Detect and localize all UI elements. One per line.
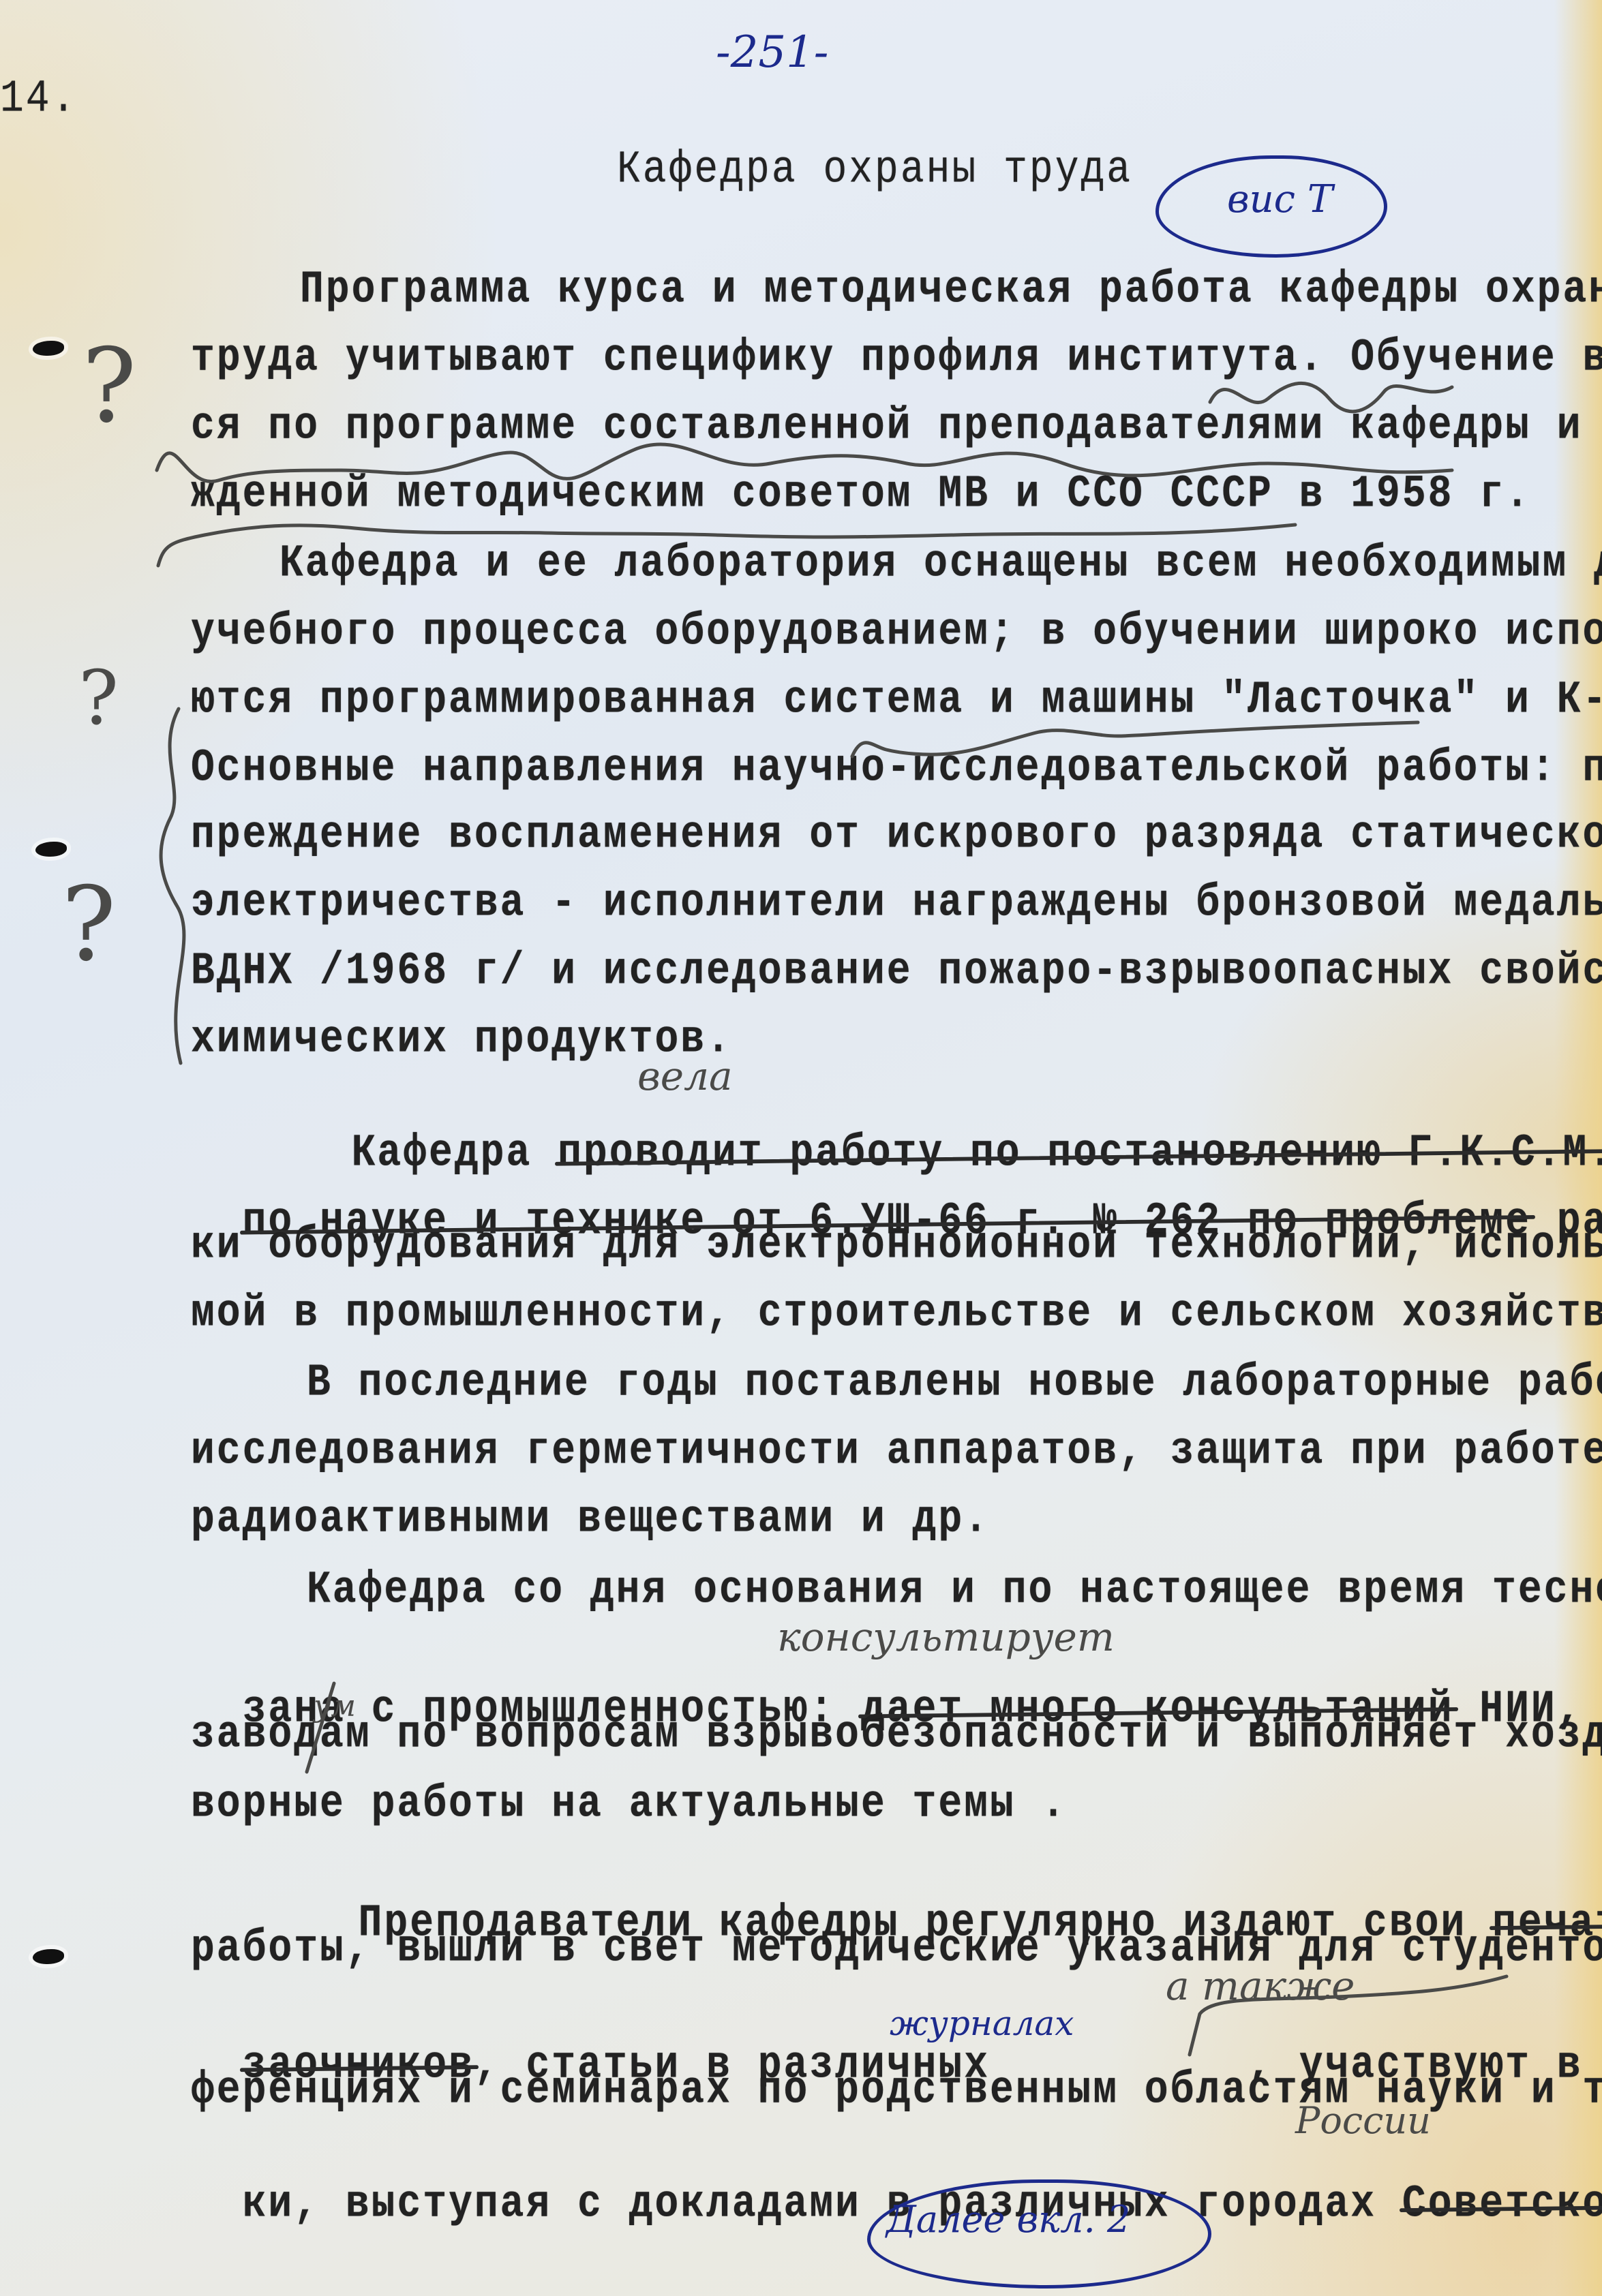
text-line-17: В последние годы поставлены новые лабора… (307, 1358, 1602, 1409)
text-line-23: ворные работы на актуальные темы . (191, 1779, 1067, 1830)
margin-question-mark: ? (82, 327, 136, 446)
text-line-3: ся по программе составленной преподавате… (191, 401, 1602, 452)
punch-hole (33, 1949, 64, 1964)
text-line-6: учебного процесса оборудованием; в обуче… (191, 607, 1602, 658)
text-line-15: ки оборудования для электронноионной тех… (191, 1220, 1602, 1271)
margin-question-mark: ? (61, 866, 116, 984)
text-line-4: жденной методическим советом МВ и ССО СС… (191, 469, 1531, 520)
text-line-19: радиоактивными веществами и др. (191, 1494, 990, 1545)
text-line-9: преждение воспламенения от искрового раз… (191, 810, 1602, 861)
text-line-7: ются программированная система и машины … (191, 675, 1602, 726)
text-line-25: работы, вышли в свет методические указан… (191, 1923, 1602, 1974)
page-number-handwritten: -251- (716, 27, 828, 78)
text-line-10: электричества - исполнители награждены б… (191, 878, 1602, 929)
text-line-2: труда учитывают специфику профиля инстит… (191, 333, 1602, 384)
margin-question-mark: ? (78, 654, 119, 741)
line-28-struck: Советского Союза. (1402, 2179, 1602, 2230)
text-line-20: Кафедра со дня основания и по настоящее … (307, 1565, 1602, 1616)
text-line-11: ВДНХ /1968 г/ и исследование пожаро-взры… (191, 946, 1602, 997)
margin-bracket (161, 709, 184, 1063)
text-line-16: мой в промышленности, строительстве и се… (191, 1288, 1602, 1339)
line-28-kept: ки, выступая с докладами в различных гор… (243, 2179, 1402, 2230)
text-line-8: Основные направления научно-исследовател… (191, 743, 1602, 794)
footer-annotation: Далее вкл. 2 (886, 2198, 1130, 2241)
text-line-5: Кафедра и ее лаборатория оснащены всем н… (279, 538, 1602, 590)
title-annotation: вис Т (1227, 177, 1333, 221)
text-line-22: заводам по вопросам взрывобезопасности и… (191, 1709, 1602, 1760)
text-line-1: Программа курса и методическая работа ка… (300, 264, 1602, 316)
text-line-18: исследования герметичности аппаратов, за… (191, 1426, 1602, 1477)
handwritten-insert-zhurnalah: журналах (890, 2004, 1074, 2043)
page-title: Кафедра охраны труда (617, 144, 1132, 196)
punch-hole (33, 341, 64, 356)
punch-hole (35, 842, 67, 857)
item-number: 14. (0, 74, 77, 125)
